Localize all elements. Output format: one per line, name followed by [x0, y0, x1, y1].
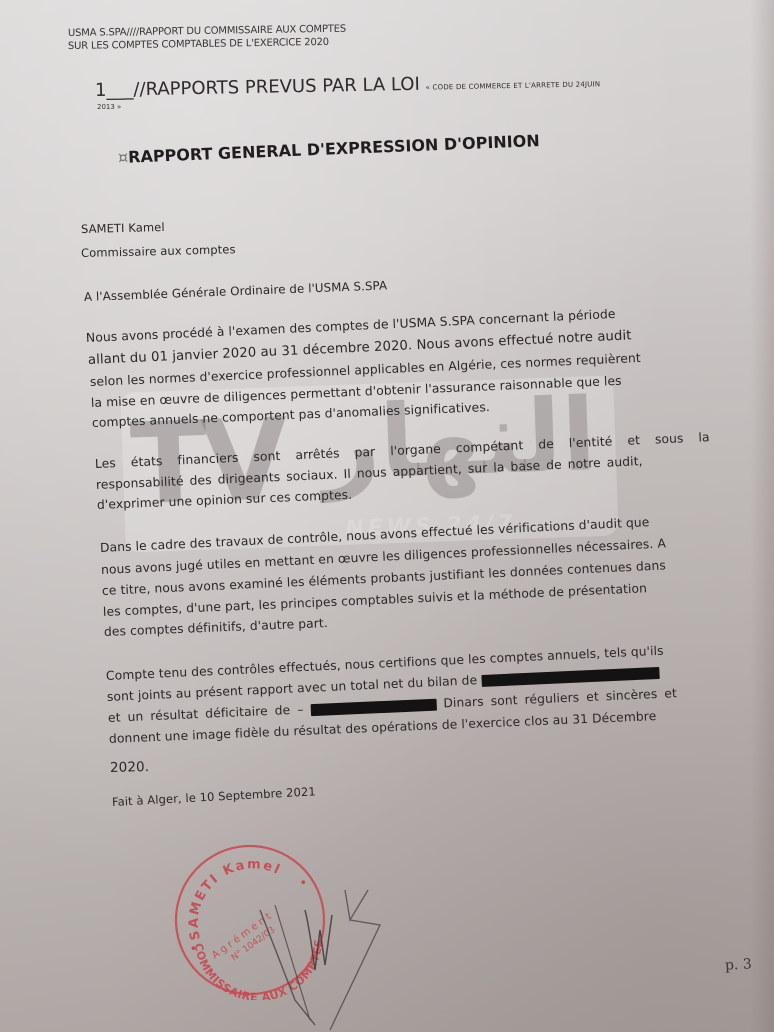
author-name: SAMETI Kamel — [81, 220, 165, 236]
law-section-heading: 1___//RAPPORTS PREVUS PAR LA LOI « CODE … — [95, 70, 601, 101]
paragraph-line: d'exprimer une opinion sur ces comptes. — [97, 488, 353, 512]
section-reference-year: 2013 » — [97, 103, 121, 111]
document-page: USMA S.SPA////RAPPORT DU COMMISSAIRE AUX… — [0, 0, 774, 1032]
deficit-text-after: Dinars sont réguliers et sincères et — [443, 686, 677, 710]
page-number: p. 3 — [725, 956, 753, 973]
author-role: Commissaire aux comptes — [81, 242, 236, 260]
report-title-text: RAPPORT GENERAL D'EXPRESSION D'OPINION — [128, 131, 540, 167]
place-and-date: Fait à Alger, le 10 Septembre 2021 — [112, 784, 316, 809]
running-header-line-2: SUR LES COMPTES COMPTABLES DE L'EXERCICE… — [68, 37, 329, 52]
section-title: RAPPORTS PREVUS PAR LA LOI — [145, 74, 420, 100]
addressee: A l'Assemblée Générale Ordinaire de l'US… — [84, 278, 388, 304]
section-reference: « CODE DE COMMERCE ET L'ARRETE DU 24JUIN — [426, 80, 601, 91]
deficit-text: et un résultat déficitaire de – — [108, 702, 304, 725]
section-number: 1___// — [95, 79, 146, 101]
handwritten-signature — [250, 870, 420, 1030]
page-edge-shadow — [750, 0, 774, 1032]
paragraph-line: 2020. — [110, 759, 150, 776]
report-title: ¤RAPPORT GENERAL D'EXPRESSION D'OPINION — [118, 131, 540, 167]
redacted-balance-total — [481, 666, 659, 686]
paragraph-line: des comptes définitifs, d'autre part. — [104, 616, 328, 639]
redacted-deficit-amount — [310, 698, 436, 715]
